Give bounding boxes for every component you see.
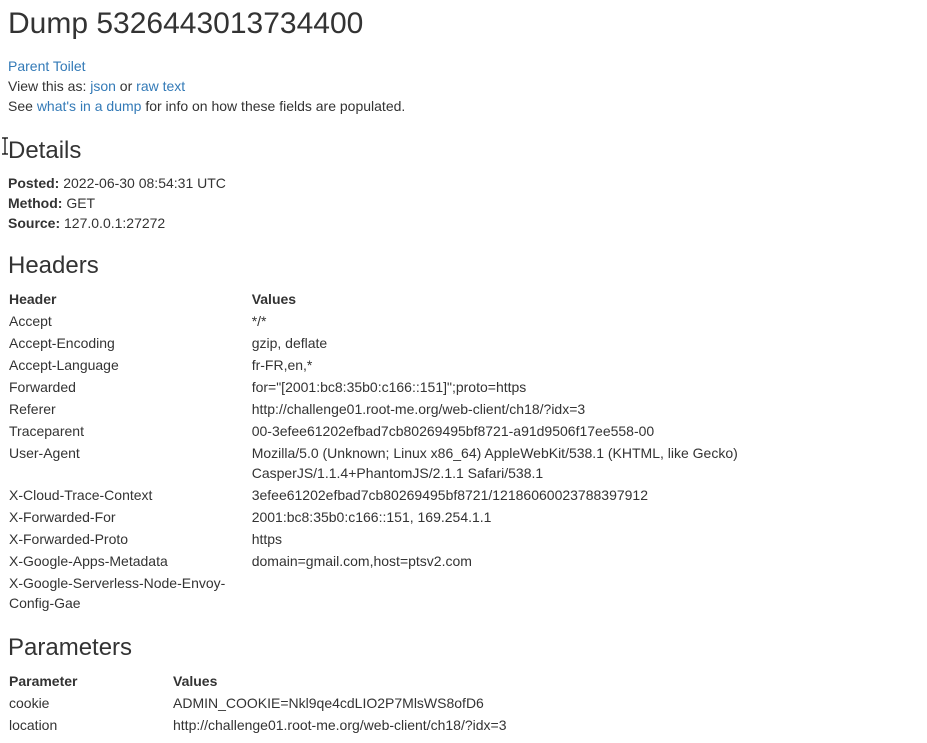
row-name: User-Agent: [8, 442, 251, 484]
row-name: X-Forwarded-For: [8, 506, 251, 528]
see-info-line: See what's in a dump for info on how the…: [8, 96, 919, 116]
detail-source: Source: 127.0.0.1:27272: [8, 213, 919, 233]
table-row: X-Cloud-Trace-Context3efee61202efbad7cb8…: [8, 484, 919, 506]
column-values: Values: [172, 670, 507, 692]
row-value: ADMIN_COOKIE=Nkl9qe4cdLIO2P7MlsWS8ofD6: [172, 692, 507, 714]
headers-table-body: Accept*/*Accept-Encodinggzip, deflateAcc…: [8, 310, 919, 614]
parent-link-line: Parent Toilet: [8, 56, 919, 76]
row-value: */*: [251, 310, 919, 332]
detail-label: Posted:: [8, 175, 59, 191]
row-value: fr-FR,en,*: [251, 354, 919, 376]
headers-table-header-row: Header Values: [8, 288, 919, 310]
row-value: gzip, deflate: [251, 332, 919, 354]
column-header: Header: [8, 288, 251, 310]
detail-value: 127.0.0.1:27272: [64, 215, 165, 231]
detail-label: Method:: [8, 195, 62, 211]
row-value: http://challenge01.root-me.org/web-clien…: [251, 398, 919, 420]
details-heading: Details: [8, 137, 919, 165]
headers-heading: Headers: [8, 252, 919, 280]
parameters-table: Parameter Values cookieADMIN_COOKIE=Nkl9…: [8, 670, 507, 736]
row-name: X-Cloud-Trace-Context: [8, 484, 251, 506]
row-value: 3efee61202efbad7cb80269495bf8721/1218606…: [251, 484, 919, 506]
detail-value: 2022-06-30 08:54:31 UTC: [63, 175, 226, 191]
table-row: Accept-Encodinggzip, deflate: [8, 332, 919, 354]
text-cursor-icon: [1, 137, 9, 155]
table-row: X-Google-Serverless-Node-Envoy-Config-Ga…: [8, 572, 919, 614]
or-text: or: [116, 78, 136, 94]
row-name: location: [8, 714, 172, 736]
row-value: for="[2001:bc8:35b0:c166::151]";proto=ht…: [251, 376, 919, 398]
row-value: Mozilla/5.0 (Unknown; Linux x86_64) Appl…: [251, 442, 919, 484]
json-link[interactable]: json: [90, 78, 116, 94]
parameters-heading: Parameters: [8, 634, 919, 662]
row-value: http://challenge01.root-me.org/web-clien…: [172, 714, 507, 736]
page: Dump 5326443013734400 Parent Toilet View…: [0, 6, 927, 736]
see-prefix: See: [8, 98, 37, 114]
table-row: Traceparent00-3efee61202efbad7cb80269495…: [8, 420, 919, 442]
row-value: https: [251, 528, 919, 550]
table-row: Accept-Languagefr-FR,en,*: [8, 354, 919, 376]
column-values: Values: [251, 288, 919, 310]
table-row: locationhttp://challenge01.root-me.org/w…: [8, 714, 507, 736]
detail-label: Source:: [8, 215, 60, 231]
detail-posted: Posted: 2022-06-30 08:54:31 UTC: [8, 173, 919, 193]
details-list: Posted: 2022-06-30 08:54:31 UTC Method: …: [8, 173, 919, 233]
table-row: Refererhttp://challenge01.root-me.org/we…: [8, 398, 919, 420]
parameters-table-body: cookieADMIN_COOKIE=Nkl9qe4cdLIO2P7MlsWS8…: [8, 692, 507, 736]
row-name: Traceparent: [8, 420, 251, 442]
table-row: Forwardedfor="[2001:bc8:35b0:c166::151]"…: [8, 376, 919, 398]
row-name: X-Google-Apps-Metadata: [8, 550, 251, 572]
page-title: Dump 5326443013734400: [8, 6, 919, 42]
parent-toilet-link[interactable]: Parent Toilet: [8, 58, 86, 74]
row-name: Accept-Encoding: [8, 332, 251, 354]
row-name: Forwarded: [8, 376, 251, 398]
table-row: Accept*/*: [8, 310, 919, 332]
view-as-line: View this as: json or raw text: [8, 76, 919, 96]
headers-table: Header Values Accept*/*Accept-Encodinggz…: [8, 288, 919, 614]
row-name: Accept-Language: [8, 354, 251, 376]
table-row: User-AgentMozilla/5.0 (Unknown; Linux x8…: [8, 442, 919, 484]
view-as-label: View this as:: [8, 78, 90, 94]
table-row: X-Forwarded-For2001:bc8:35b0:c166::151, …: [8, 506, 919, 528]
raw-text-link[interactable]: raw text: [136, 78, 185, 94]
column-parameter: Parameter: [8, 670, 172, 692]
parameters-table-header-row: Parameter Values: [8, 670, 507, 692]
table-row: X-Forwarded-Protohttps: [8, 528, 919, 550]
see-suffix: for info on how these fields are populat…: [141, 98, 405, 114]
whats-in-a-dump-link[interactable]: what's in a dump: [37, 98, 142, 114]
table-row: X-Google-Apps-Metadatadomain=gmail.com,h…: [8, 550, 919, 572]
row-name: Accept: [8, 310, 251, 332]
detail-value: GET: [66, 195, 95, 211]
row-value: 00-3efee61202efbad7cb80269495bf8721-a91d…: [251, 420, 919, 442]
row-value: [251, 572, 919, 614]
row-value: domain=gmail.com,host=ptsv2.com: [251, 550, 919, 572]
row-name: X-Google-Serverless-Node-Envoy-Config-Ga…: [8, 572, 251, 614]
detail-method: Method: GET: [8, 193, 919, 213]
row-name: Referer: [8, 398, 251, 420]
table-row: cookieADMIN_COOKIE=Nkl9qe4cdLIO2P7MlsWS8…: [8, 692, 507, 714]
row-name: X-Forwarded-Proto: [8, 528, 251, 550]
row-value: 2001:bc8:35b0:c166::151, 169.254.1.1: [251, 506, 919, 528]
row-name: cookie: [8, 692, 172, 714]
